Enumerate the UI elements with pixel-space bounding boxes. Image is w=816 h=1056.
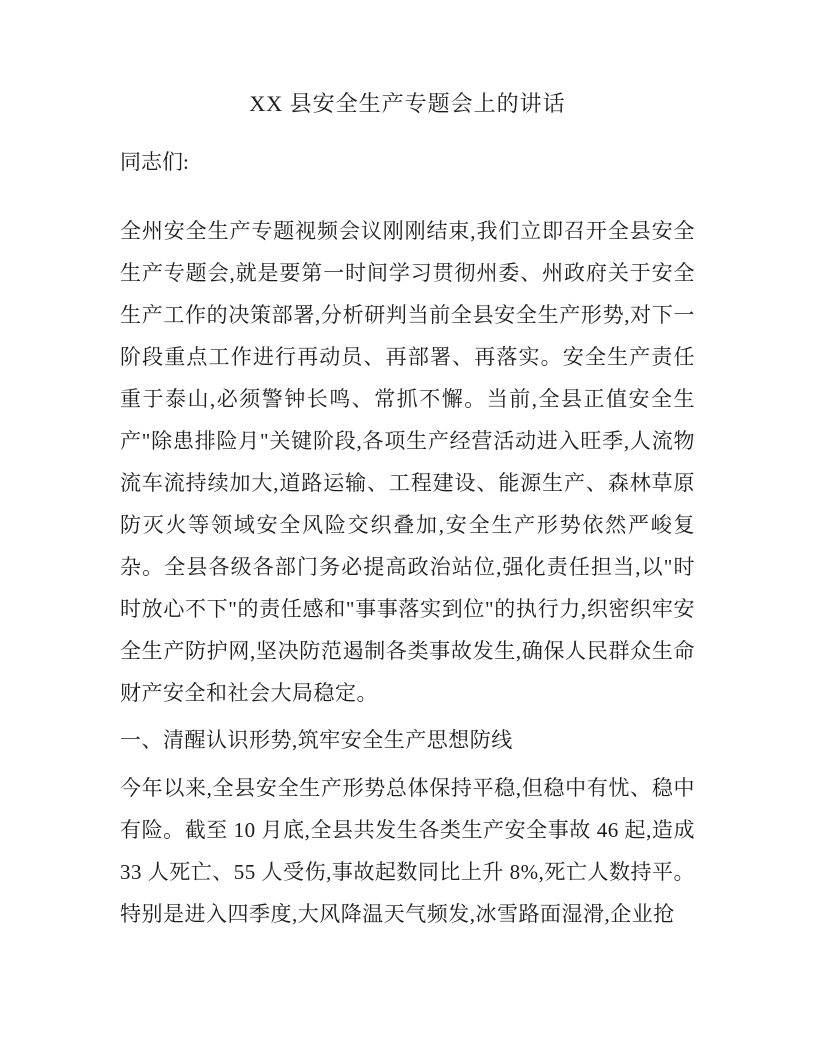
opening-paragraph: 全州安全生产专题视频会议刚刚结束,我们立即召开全县安全生产专题会,就是要第一时间… — [120, 210, 695, 714]
salutation: 同志们: — [120, 141, 695, 183]
section-heading-1: 一、清醒认识形势,筑牢安全生产思想防线 — [120, 719, 695, 761]
document-title: XX 县安全生产专题会上的讲话 — [120, 83, 695, 125]
document-content: XX 县安全生产专题会上的讲话 同志们: 全州安全生产专题视频会议刚刚结束,我们… — [0, 0, 816, 935]
section-1-paragraph: 今年以来,全县安全生产形势总体保持平稳,但稳中有忧、稳中有险。截至 10 月底,… — [120, 767, 695, 935]
document-page: XX 县安全生产专题会上的讲话 同志们: 全州安全生产专题视频会议刚刚结束,我们… — [0, 0, 816, 1056]
